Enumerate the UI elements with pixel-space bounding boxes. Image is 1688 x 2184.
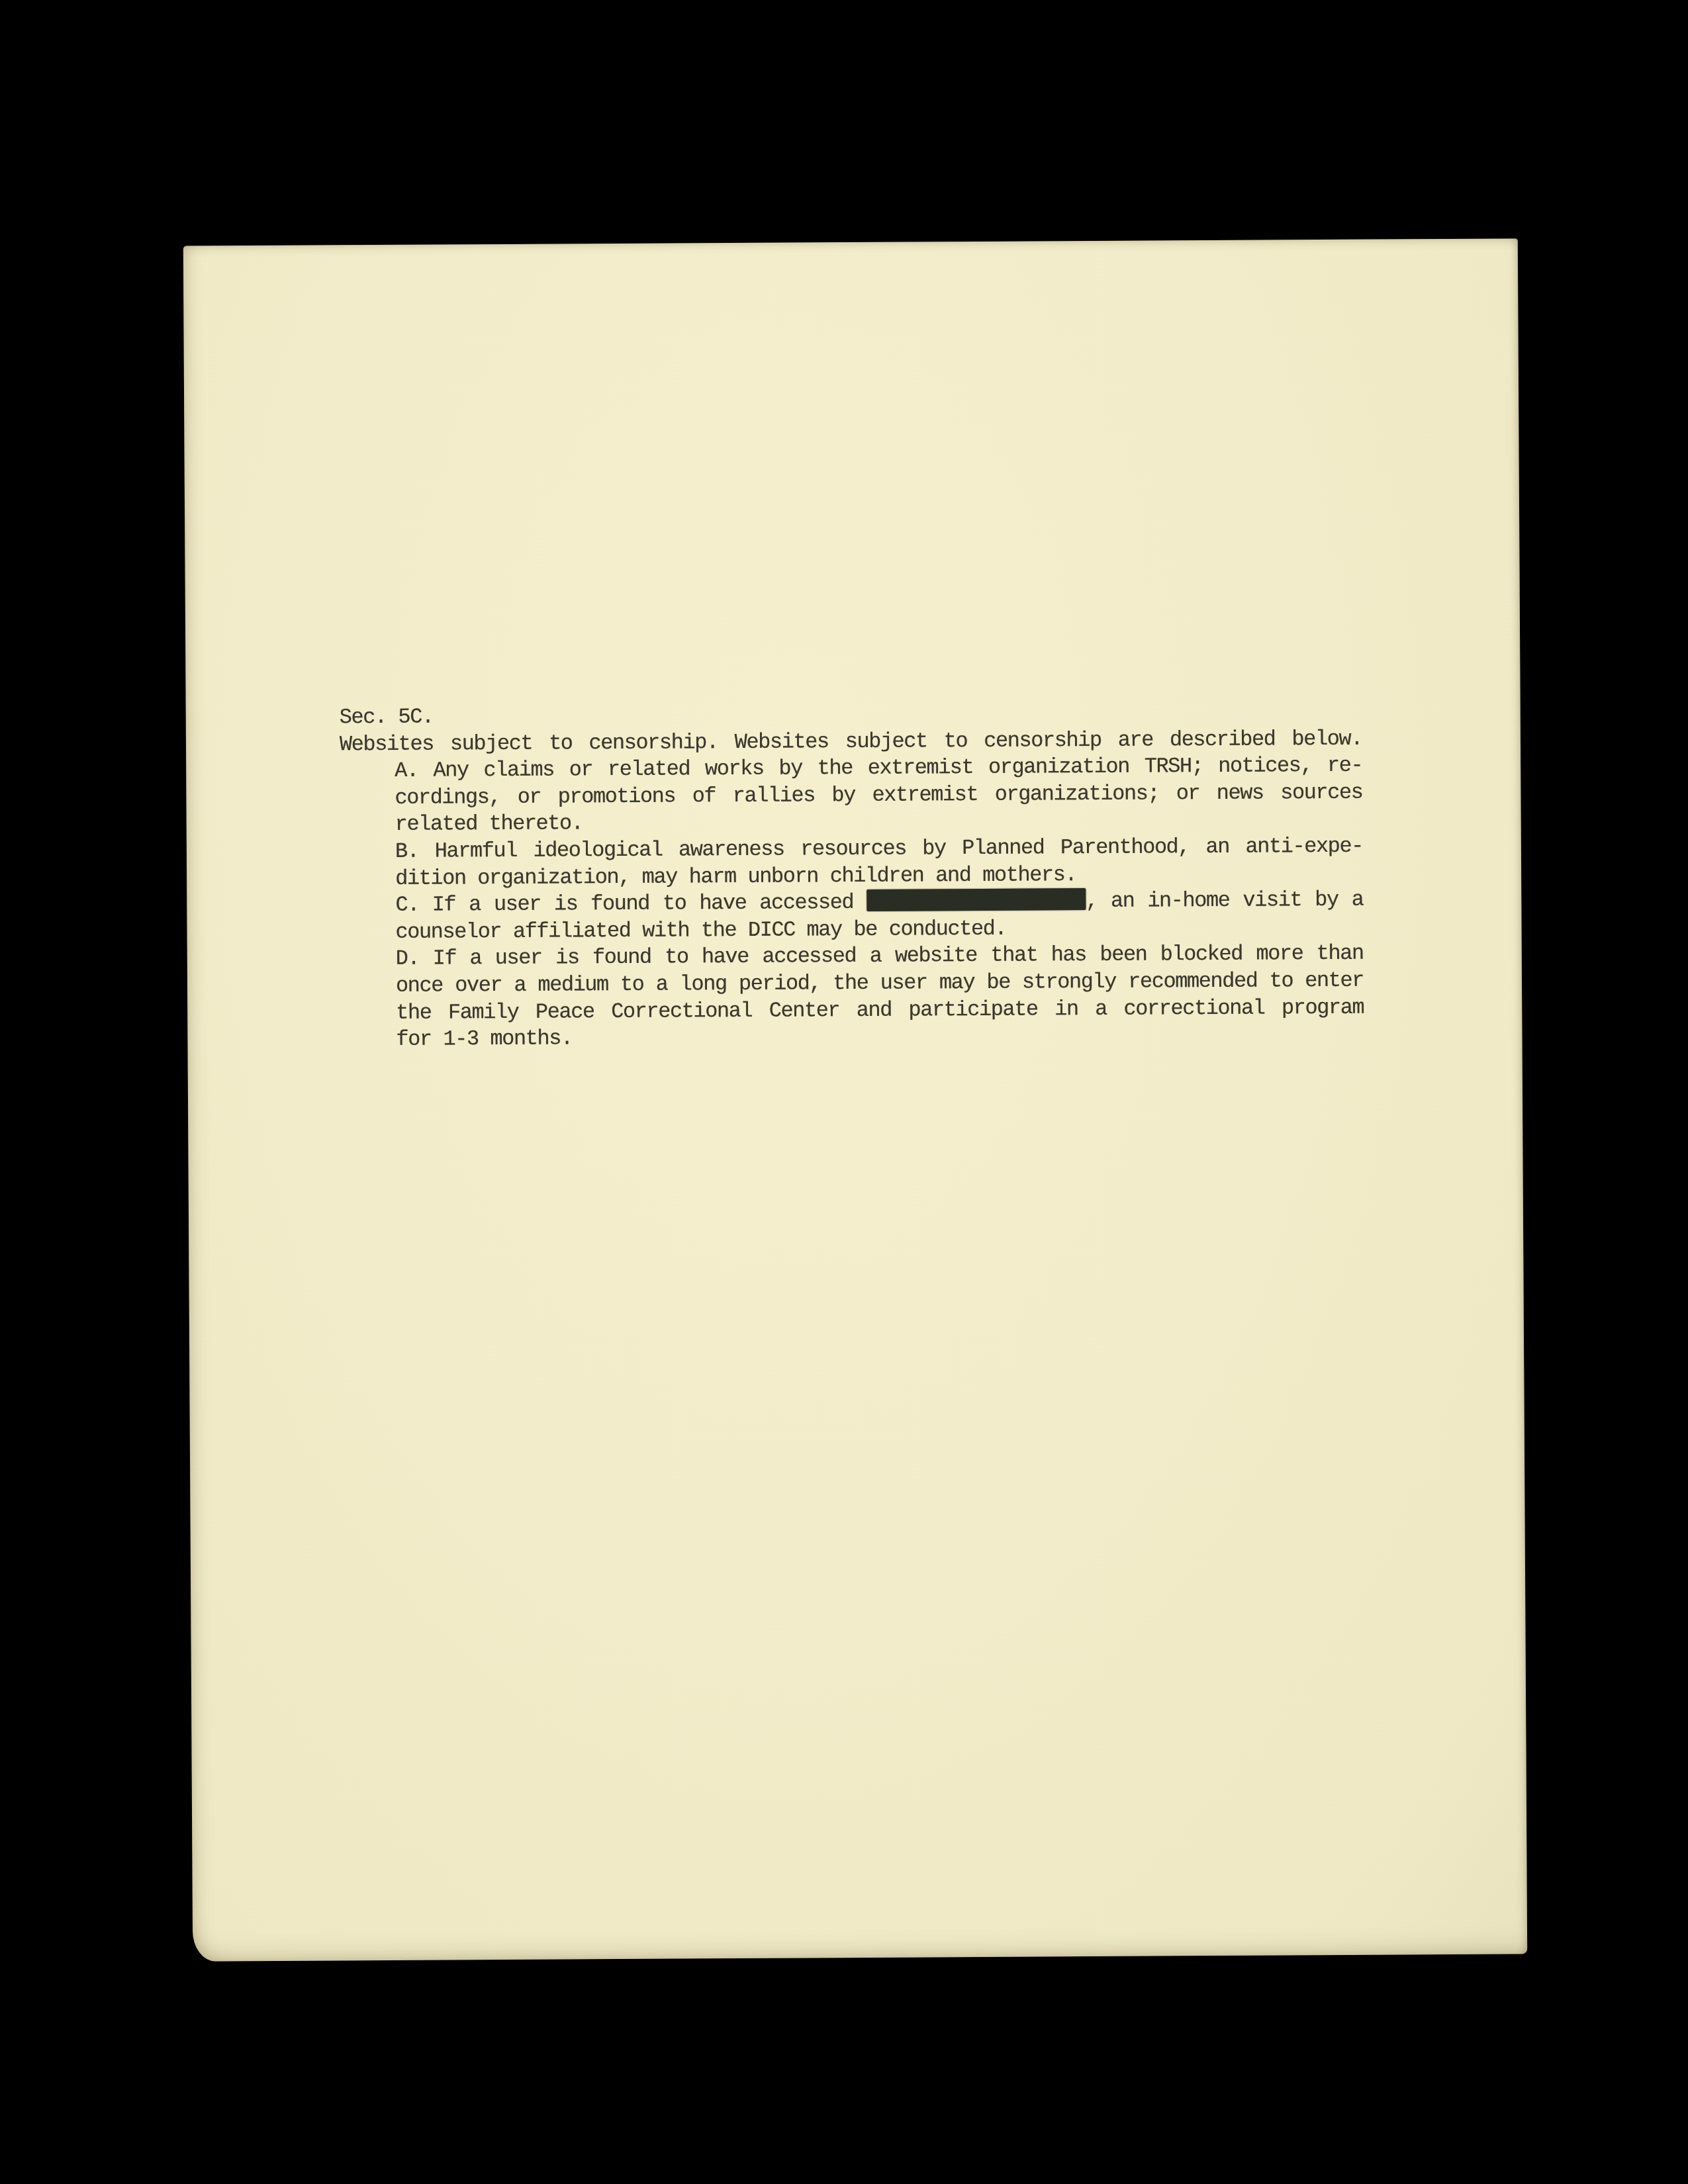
text-line: C. If a user is found to have accessed ,… xyxy=(395,887,1363,919)
text-line: for 1-3 months. xyxy=(396,1021,1364,1054)
redaction-bar xyxy=(867,888,1086,911)
scan-background: { "page": { "background_color": "#000000… xyxy=(0,0,1688,2184)
text-line: B. Harmful ideological awareness resourc… xyxy=(395,833,1363,866)
text-line: cordings, or promotions of rallies by ex… xyxy=(395,779,1362,811)
text-line: the Family Peace Correctional Center and… xyxy=(396,994,1364,1026)
paper-sheet: Sec. 5C.Websites subject to censorship. … xyxy=(183,238,1527,1961)
document-text: Sec. 5C.Websites subject to censorship. … xyxy=(340,699,1364,1054)
